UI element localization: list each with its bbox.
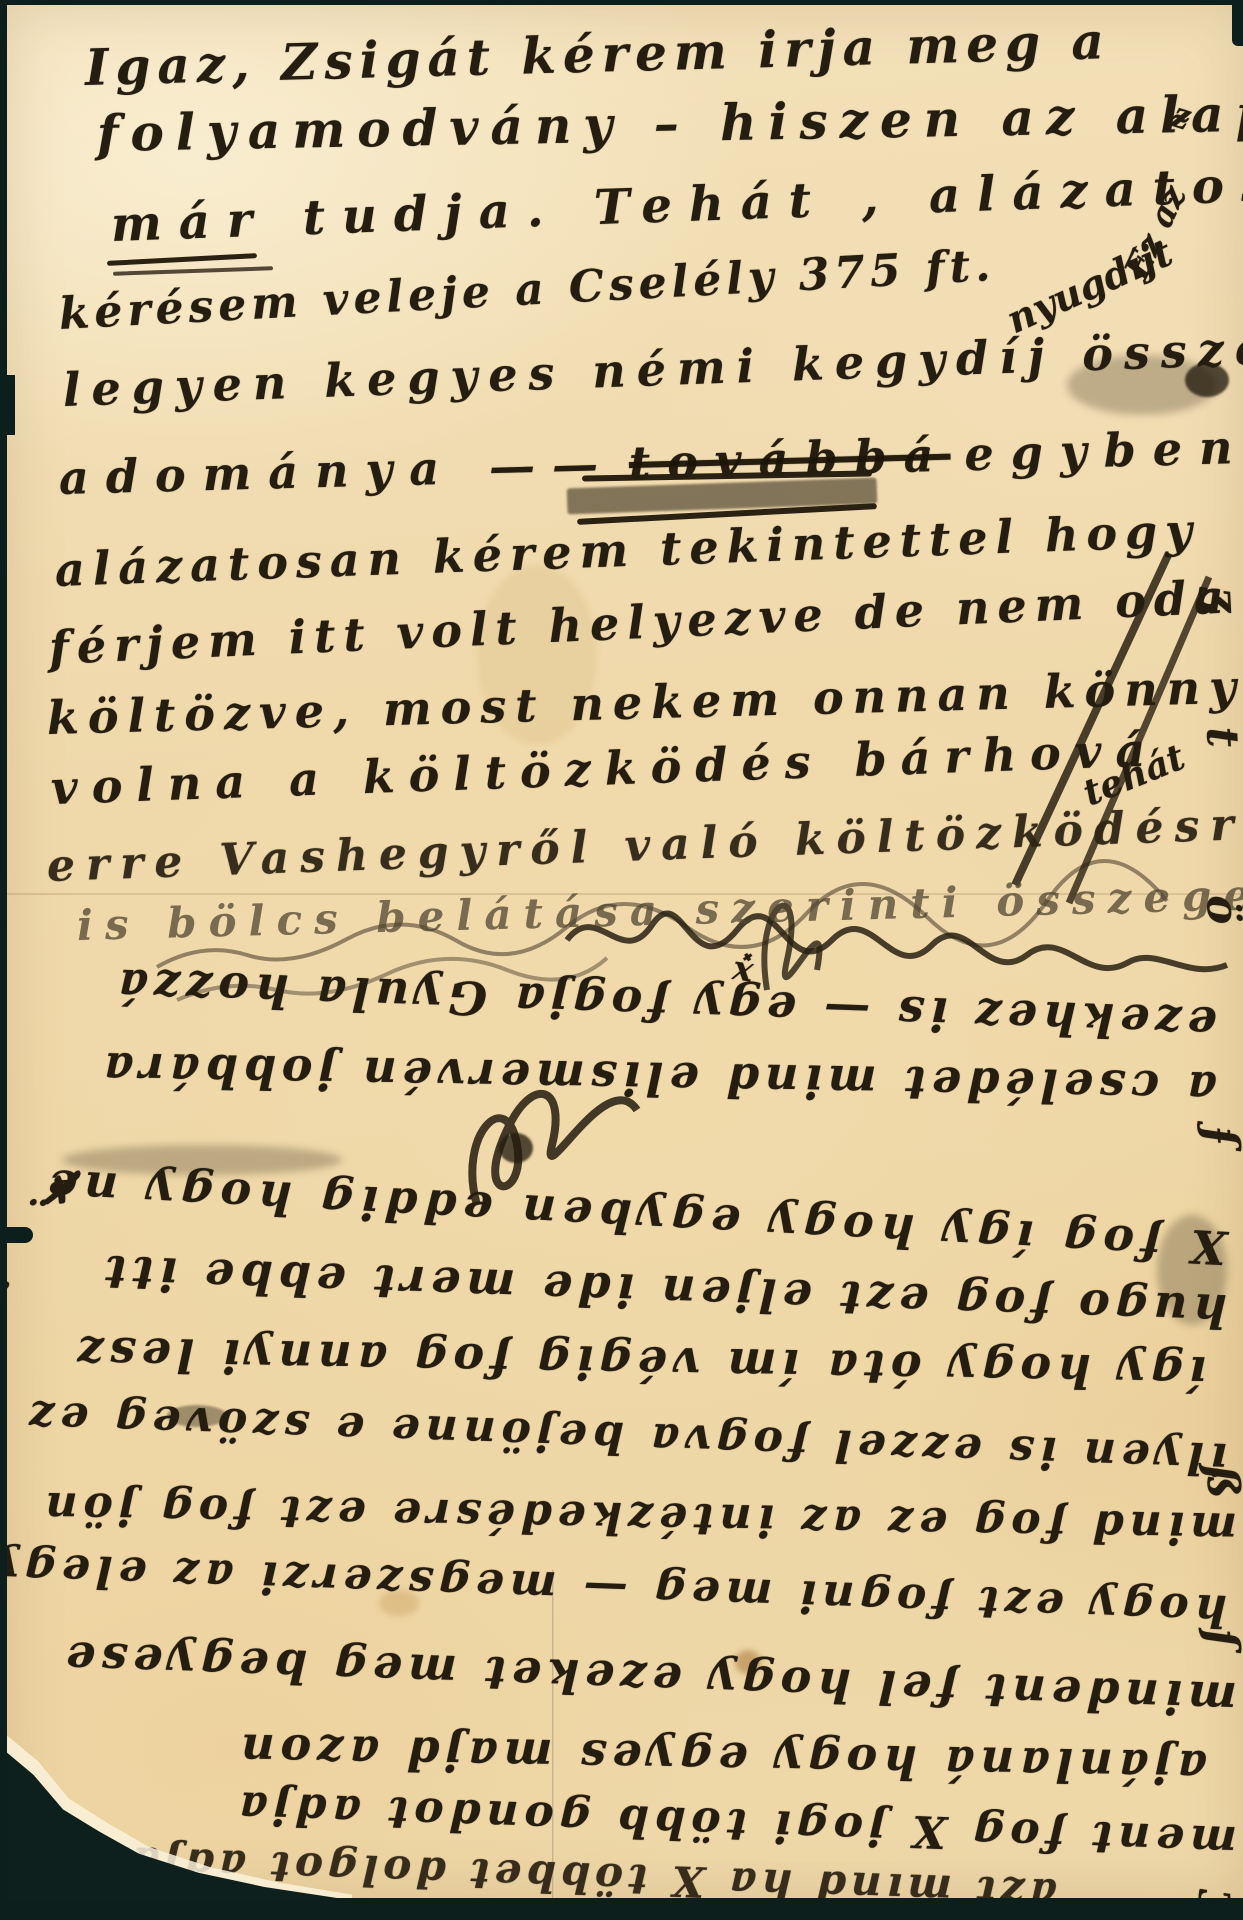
edge-ink-fragment: ö bbox=[1199, 894, 1243, 926]
photo-edge-top bbox=[0, 0, 1243, 5]
margin-note: ✗ ̈ bbox=[29, 1162, 86, 1211]
photo-edge-corner bbox=[1232, 0, 1243, 46]
photo-edge-left bbox=[0, 0, 7, 1920]
struck-word: továbbá bbox=[628, 428, 951, 490]
edge-ink-fragment: ß bbox=[1199, 1464, 1243, 1500]
scanned-letter-photo: { "document": { "kind": "Handwritten let… bbox=[0, 0, 1243, 1920]
letter-paper: Igaz, Zsigát kérem irja meg afolyamodván… bbox=[7, 5, 1243, 1898]
edge-nick bbox=[7, 375, 15, 435]
edge-nick bbox=[7, 1227, 33, 1243]
edge-ink-fragment: ʄ bbox=[1199, 1126, 1243, 1147]
edge-ink-fragment: t bbox=[1199, 726, 1243, 749]
edge-ink-fragment: ʒ bbox=[1199, 586, 1243, 613]
line-text: egyben bbox=[964, 420, 1243, 481]
edge-ink-fragment: ʒ bbox=[1199, 1888, 1243, 1898]
photo-edge-bottom bbox=[0, 1898, 1243, 1920]
edge-ink-fragment: ſ bbox=[1199, 1628, 1243, 1649]
